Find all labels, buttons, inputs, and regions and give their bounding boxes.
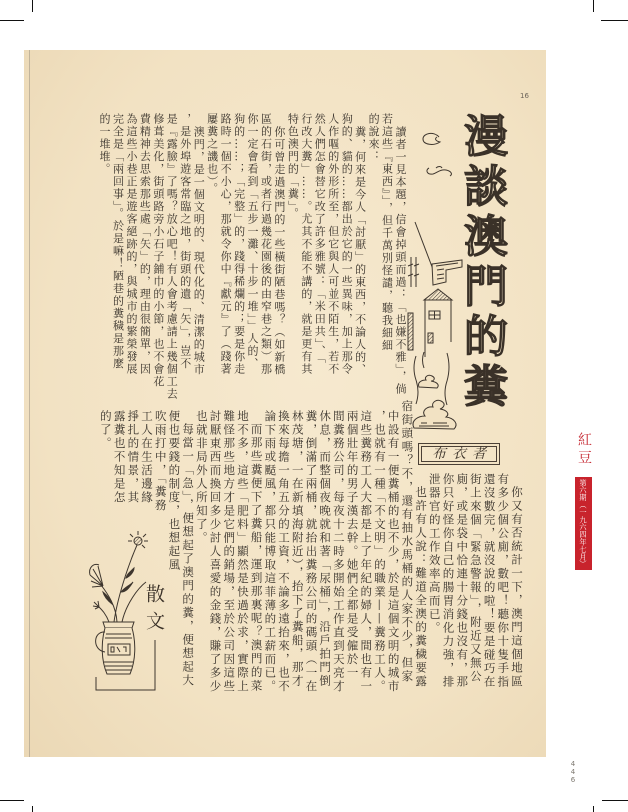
text-column: 若這些『東西』」，但千萬別怪譴，聽我細細 [380, 113, 393, 405]
issue-label-tab: 第六期（一九六四年七月） [575, 477, 592, 570]
text-column: 地不多，這些「肥料」顯然是快過於求，實際上 [235, 400, 249, 695]
crop-mark-bottom-left-h [0, 800, 24, 801]
text-column: 論下雨或颳風，都只能博取這菲薄的工薪而已。 [263, 400, 277, 695]
crop-mark-bottom-right-v [593, 806, 594, 812]
binding-gutter-line [29, 50, 30, 757]
folio-page-number: 446 [569, 760, 577, 784]
text-column: 便也要錢的制度，也想起風 [167, 400, 181, 695]
text-column: 討厭東西而換回多少討人喜愛的金錢，賺了多少 [208, 400, 222, 695]
text-column: 林茂塘，一在新填海附近），抬下了糞船，那才 [290, 400, 304, 695]
text-column: 區的石街，或者行過幾花園後的由窄巷之類）那 [259, 113, 272, 405]
text-column: ，也就有一種「不文明」的職業——糞務工人。 [372, 400, 386, 695]
upper-text-block: 讀者一見本題，信會掉頭而過：「也嫌不雅」，倘 若這些『東西』」，但千萬別怪譴，聽… [97, 113, 407, 405]
text-column: 是『露臉』了嗎？放心吧！有人會考慮請上幾個工去 [165, 113, 178, 405]
text-column: 修葺美化，街頭路旁小石子鋪巾的小節，也不會花 [151, 113, 164, 405]
text-column: 為這些小巷正是遊客絕跡的，與城市的繁榮發展 [124, 113, 137, 405]
text-column: 廁，或是袋中恰連十分錢也沒有，那 [454, 400, 468, 695]
text-column: 然人們怎會替它改了許多雅號：「米田共」、「 [313, 113, 326, 405]
header-page-number: 16 [520, 92, 529, 100]
crop-mark-bottom-left-v [32, 806, 33, 812]
text-column: 這些糞務工人大都是上了年紀的婦人，間也有一 [359, 400, 373, 695]
text-column: 工人在生活邊緣 [139, 400, 153, 695]
text-column: 的了。 [98, 400, 112, 695]
text-column: 路時一個不小心，那就令你中『獻元』了（踐著 [219, 113, 232, 405]
text-column: 糞，倒滿了兩桶，就抬出糞務公司的碼頭（一在 [304, 400, 318, 695]
text-column: 狗的、貓的……都出於它的一些異味，加上那令 [340, 113, 353, 405]
text-column: 而那些糞便下了糞船，運到那裏呢？澳門的菜 [249, 400, 263, 695]
text-column: 換來每擔一角五分的工資，不論多遠抬來，也不 [276, 400, 290, 695]
text-column: 你一定會看到「五步一灘、十步一堆」」人的、 [246, 113, 259, 405]
text-column: 讀者一見本題，信會掉頭而過：「也嫌不雅」，倘 [394, 113, 407, 405]
crop-mark-top-right-h [601, 20, 628, 21]
text-column: 也就非局外人所知了。 [194, 400, 208, 695]
text-column: 狗的……；「完整」的，踐得稀爛的；要是你走 [232, 113, 245, 405]
text-column: 難怪那些地方才是它們的銷場，至於公司因這些 [222, 400, 236, 695]
text-column: 屢糞之譏也）。 [205, 113, 218, 405]
crop-mark-top-right-v [593, 0, 594, 12]
text-column: 中設有一便糞桶的也不少，於是這個文明的城市 [386, 400, 400, 695]
text-column: 每當一「急」，便想起了澳門的糞，便想起大 [180, 400, 194, 695]
text-column: 特色澳門的「糞」。 [286, 113, 299, 405]
text-column: 有多少個公廁，數吧！聽你十隻手指 [496, 400, 510, 695]
text-column: 費精神去思索那些處「矢」的，理由很簡單，因 [138, 113, 151, 405]
crop-mark-top-left-v [32, 0, 33, 12]
text-column: 吹雨打中，「糞務 [153, 400, 167, 695]
text-column: 你又有否統計一下，澳門這個地區 [509, 400, 523, 695]
article-title: 漫談澳門的糞 [456, 113, 506, 413]
text-column: 間糞務公司，每夜十二時多開始工作直到天亮才 [331, 400, 345, 695]
text-column: ，是外埠遊客常臨之地，街頭的遺「矢」，豈不 [178, 113, 191, 405]
magazine-title-tab: 紅豆 [576, 432, 592, 468]
text-column: 街上來個「緊急警報」，附近又無公 [468, 400, 482, 695]
text-column: 休息，而整個夜晚就和著「尿桶」，沿戶拍門倒 [317, 400, 331, 695]
text-column: 泄器官的工作效率高而已。 [427, 400, 441, 695]
text-column: 你可曾走過澳門的一些橫街陋巷嗎？（如新橋 [272, 113, 285, 405]
text-column: 的一堆堆。 [98, 113, 111, 405]
text-column: 也許有人說：難道全澳的糞穢要露 [413, 400, 427, 695]
text-column: 的說來： [367, 113, 380, 405]
text-column: 露糞也不知是怎 [112, 400, 126, 695]
text-column: 人作嘔的外形所至，但它與人可並不陌生，若不 [326, 113, 339, 405]
text-column: 還沒數完，就沒說的啦！要是碰巧在 [482, 400, 496, 695]
text-column: 澳門，是一個文明的、現代化的、清潔的城市 [192, 113, 205, 405]
crop-mark-bottom-right-h [602, 800, 628, 801]
text-column: 掙扎的情景，其 [126, 400, 140, 695]
text-column: 行改大糞」……。尤其不能不講的，就是更有其 [299, 113, 312, 405]
crop-mark-top-left-h [0, 20, 24, 21]
text-column: 完全是「兩回事」。於是嘛！陋巷的糞穢是那麼 [111, 113, 124, 405]
text-column: 兩個壯年的男子漢去幹。她們全都是受僱於一 [345, 400, 359, 695]
text-column: 糞，何來是今人「討厭」的東西，不論人的、 [353, 113, 366, 405]
text-column: 宿街頭嗎？不，還有抽水馬桶的人家不少，但家 [400, 400, 414, 695]
text-column: 你只好怪你自己的腸胃消化力強，排 [441, 400, 455, 695]
lower-text-block: 你又有否統計一下，澳門這個地區 有多少個公廁，數吧！聽你十隻手指 還沒數完，就沒… [98, 400, 523, 695]
